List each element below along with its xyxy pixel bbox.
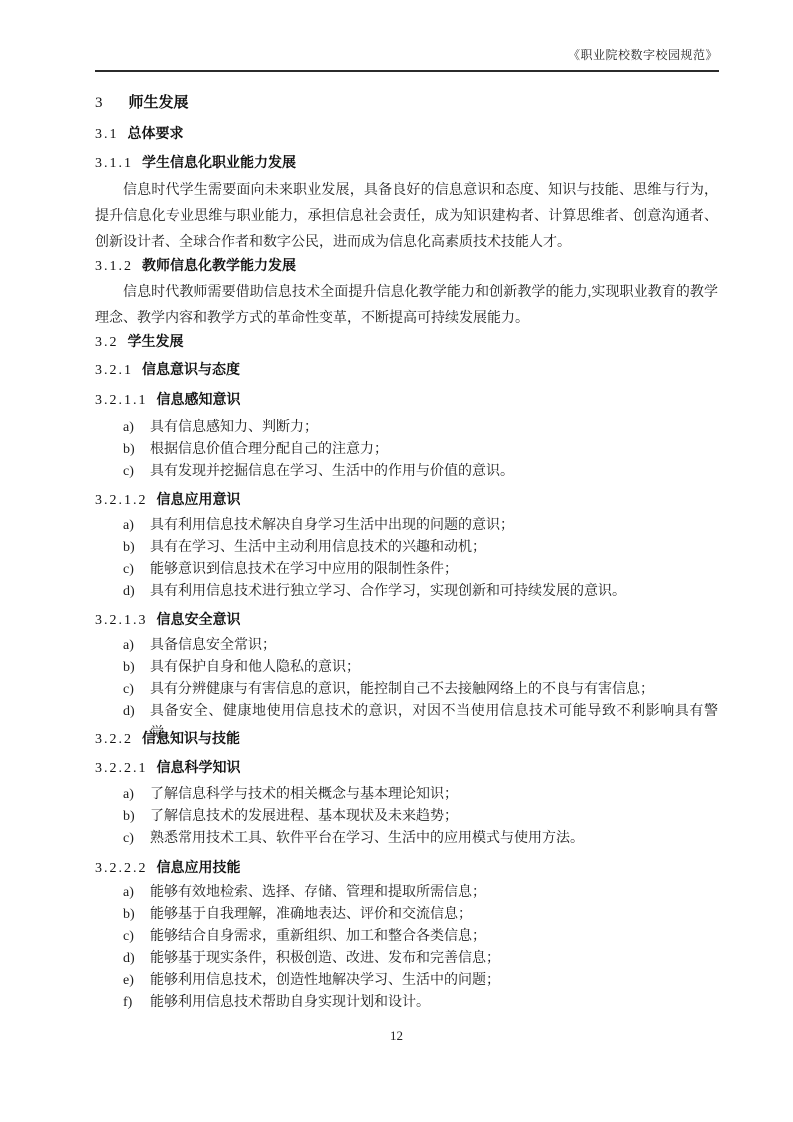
chapter-heading: 3师生发展 — [95, 94, 718, 112]
list-item: c)具有发现并挖掘信息在学习、生活中的作用与价值的意识。 — [95, 461, 718, 483]
section-number: 3.1.1 — [95, 156, 133, 171]
section-heading-3-2-2-2: 3.2.2.2信息应用技能 — [95, 858, 718, 878]
page-number: 12 — [0, 1028, 793, 1044]
list-item-text: 能够利用信息技术帮助自身实现计划和设计。 — [150, 995, 430, 1010]
list-item: d)能够基于现实条件，积极创造、改进、发布和完善信息； — [95, 948, 718, 970]
lettered-list-3-2-2-1: a)了解信息科学与技术的相关概念与基本理论知识； b)了解信息技术的发展进程、基… — [95, 784, 718, 850]
list-item-label: d) — [123, 701, 135, 723]
list-item-text: 具有利用信息技术解决自身学习生活中出现的问题的意识； — [150, 518, 514, 533]
lettered-list-3-2-1-2: a)具有利用信息技术解决自身学习生活中出现的问题的意识； b)具有在学习、生活中… — [95, 515, 718, 603]
section-title: 信息意识与态度 — [142, 361, 240, 377]
list-item: c)能够结合自身需求，重新组织、加工和整合各类信息； — [95, 926, 718, 948]
list-item-text: 了解信息技术的发展进程、基本现状及未来趋势； — [150, 809, 458, 824]
paragraph-3-1-2: 信息时代教师需要借助信息技术全面提升信息化教学能力和创新教学的能力,实现职业教育… — [95, 280, 718, 332]
section-heading-3-2-2: 3.2.2信息知识与技能 — [95, 729, 718, 749]
section-number: 3.2 — [95, 335, 119, 350]
header-rule — [95, 70, 719, 72]
list-item-text: 能够意识到信息技术在学习中应用的限制性条件； — [150, 562, 458, 577]
list-item-label: a) — [123, 784, 134, 806]
section-number: 3.2.1.2 — [95, 493, 148, 508]
list-item-label: b) — [123, 439, 135, 461]
list-item-label: b) — [123, 904, 135, 926]
section-title: 学生发展 — [128, 333, 184, 349]
list-item-label: b) — [123, 806, 135, 828]
section-title: 总体要求 — [128, 125, 184, 141]
list-item-label: d) — [123, 581, 135, 603]
list-item-text: 具有在学习、生活中主动利用信息技术的兴趣和动机； — [150, 540, 486, 555]
list-item-text: 能够基于现实条件，积极创造、改进、发布和完善信息； — [150, 951, 500, 966]
list-item-label: b) — [123, 537, 135, 559]
list-item-text: 具有信息感知力、判断力； — [150, 420, 318, 435]
list-item: b)根据信息价值合理分配自己的注意力； — [95, 439, 718, 461]
list-item-text: 具有分辨健康与有害信息的意识，能控制自己不去接触网络上的不良与有害信息； — [150, 682, 654, 697]
section-title: 信息应用意识 — [157, 491, 241, 507]
section-number: 3.2.1.1 — [95, 393, 148, 408]
section-heading-3-2-1-2: 3.2.1.2信息应用意识 — [95, 490, 718, 510]
list-item: a)具有信息感知力、判断力； — [95, 417, 718, 439]
section-title: 信息科学知识 — [157, 759, 241, 775]
list-item-label: a) — [123, 882, 134, 904]
document-page: 《职业院校数字校园规范》 3师生发展 3.1总体要求 3.1.1学生信息化职业能… — [0, 0, 793, 1122]
list-item-label: a) — [123, 515, 134, 537]
list-item: a)具备信息安全常识； — [95, 635, 718, 657]
section-heading-3-1-1: 3.1.1学生信息化职业能力发展 — [95, 153, 718, 173]
running-header-title: 《职业院校数字校园规范》 — [95, 47, 718, 63]
paragraph-3-1-1: 信息时代学生需要面向未来职业发展，具备良好的信息意识和态度、知识与技能、思维与行… — [95, 178, 718, 256]
list-item-label: a) — [123, 417, 134, 439]
section-heading-3-2: 3.2学生发展 — [95, 332, 718, 352]
section-number: 3.2.1 — [95, 363, 133, 378]
list-item-label: d) — [123, 948, 135, 970]
section-number: 3.2.2.2 — [95, 861, 148, 876]
section-title: 信息感知意识 — [157, 391, 241, 407]
list-item: e)能够利用信息技术，创造性地解决学习、生活中的问题； — [95, 970, 718, 992]
chapter-title: 师生发展 — [129, 94, 189, 111]
list-item-label: c) — [123, 679, 134, 701]
section-title: 信息知识与技能 — [142, 730, 240, 746]
list-item: c)熟悉常用技术工具、软件平台在学习、生活中的应用模式与使用方法。 — [95, 828, 718, 850]
list-item-text: 具有发现并挖掘信息在学习、生活中的作用与价值的意识。 — [150, 464, 514, 479]
section-title: 信息安全意识 — [157, 611, 241, 627]
list-item-label: c) — [123, 461, 134, 483]
list-item: b)了解信息技术的发展进程、基本现状及未来趋势； — [95, 806, 718, 828]
list-item: b)具有保护自身和他人隐私的意识； — [95, 657, 718, 679]
list-item-text: 熟悉常用技术工具、软件平台在学习、生活中的应用模式与使用方法。 — [150, 831, 584, 846]
lettered-list-3-2-2-2: a)能够有效地检索、选择、存储、管理和提取所需信息； b)能够基于自我理解，准确… — [95, 882, 718, 1014]
list-item: d)具有利用信息技术进行独立学习、合作学习，实现创新和可持续发展的意识。 — [95, 581, 718, 603]
list-item-text: 能够基于自我理解，准确地表达、评价和交流信息； — [150, 907, 472, 922]
list-item: b)具有在学习、生活中主动利用信息技术的兴趣和动机； — [95, 537, 718, 559]
list-item-text: 具备信息安全常识； — [150, 638, 276, 653]
section-title: 信息应用技能 — [157, 859, 241, 875]
section-number: 3.2.2.1 — [95, 761, 148, 776]
list-item: a)了解信息科学与技术的相关概念与基本理论知识； — [95, 784, 718, 806]
list-item-text: 能够有效地检索、选择、存储、管理和提取所需信息； — [150, 885, 486, 900]
list-item: c)能够意识到信息技术在学习中应用的限制性条件； — [95, 559, 718, 581]
section-heading-3-2-1-3: 3.2.1.3信息安全意识 — [95, 610, 718, 630]
lettered-list-3-2-1-1: a)具有信息感知力、判断力； b)根据信息价值合理分配自己的注意力； c)具有发… — [95, 417, 718, 483]
list-item: a)能够有效地检索、选择、存储、管理和提取所需信息； — [95, 882, 718, 904]
section-number: 3.2.1.3 — [95, 613, 148, 628]
section-number: 3.1.2 — [95, 259, 133, 274]
chapter-number: 3 — [95, 95, 103, 111]
section-heading-3-2-1-1: 3.2.1.1信息感知意识 — [95, 390, 718, 410]
list-item: a)具有利用信息技术解决自身学习生活中出现的问题的意识； — [95, 515, 718, 537]
section-number: 3.1 — [95, 127, 119, 142]
list-item-label: b) — [123, 657, 135, 679]
list-item-text: 能够结合自身需求，重新组织、加工和整合各类信息； — [150, 929, 486, 944]
section-heading-3-1: 3.1总体要求 — [95, 124, 718, 144]
list-item-text: 了解信息科学与技术的相关概念与基本理论知识； — [150, 787, 458, 802]
section-title: 教师信息化教学能力发展 — [142, 257, 296, 273]
list-item-label: c) — [123, 828, 134, 850]
section-number: 3.2.2 — [95, 732, 133, 747]
list-item-label: c) — [123, 559, 134, 581]
list-item-text: 能够利用信息技术，创造性地解决学习、生活中的问题； — [150, 973, 500, 988]
list-item: b)能够基于自我理解，准确地表达、评价和交流信息； — [95, 904, 718, 926]
list-item-text: 具有利用信息技术进行独立学习、合作学习，实现创新和可持续发展的意识。 — [150, 584, 626, 599]
section-heading-3-2-1: 3.2.1信息意识与态度 — [95, 360, 718, 380]
list-item-text: 根据信息价值合理分配自己的注意力； — [150, 442, 388, 457]
list-item-label: c) — [123, 926, 134, 948]
list-item-label: a) — [123, 635, 134, 657]
section-heading-3-1-2: 3.1.2教师信息化教学能力发展 — [95, 256, 718, 276]
list-item: f)能够利用信息技术帮助自身实现计划和设计。 — [95, 992, 718, 1014]
list-item-label: f) — [123, 992, 132, 1014]
section-title: 学生信息化职业能力发展 — [142, 154, 296, 170]
list-item-text: 具有保护自身和他人隐私的意识； — [150, 660, 360, 675]
list-item: c)具有分辨健康与有害信息的意识，能控制自己不去接触网络上的不良与有害信息； — [95, 679, 718, 701]
section-heading-3-2-2-1: 3.2.2.1信息科学知识 — [95, 758, 718, 778]
list-item-label: e) — [123, 970, 134, 992]
